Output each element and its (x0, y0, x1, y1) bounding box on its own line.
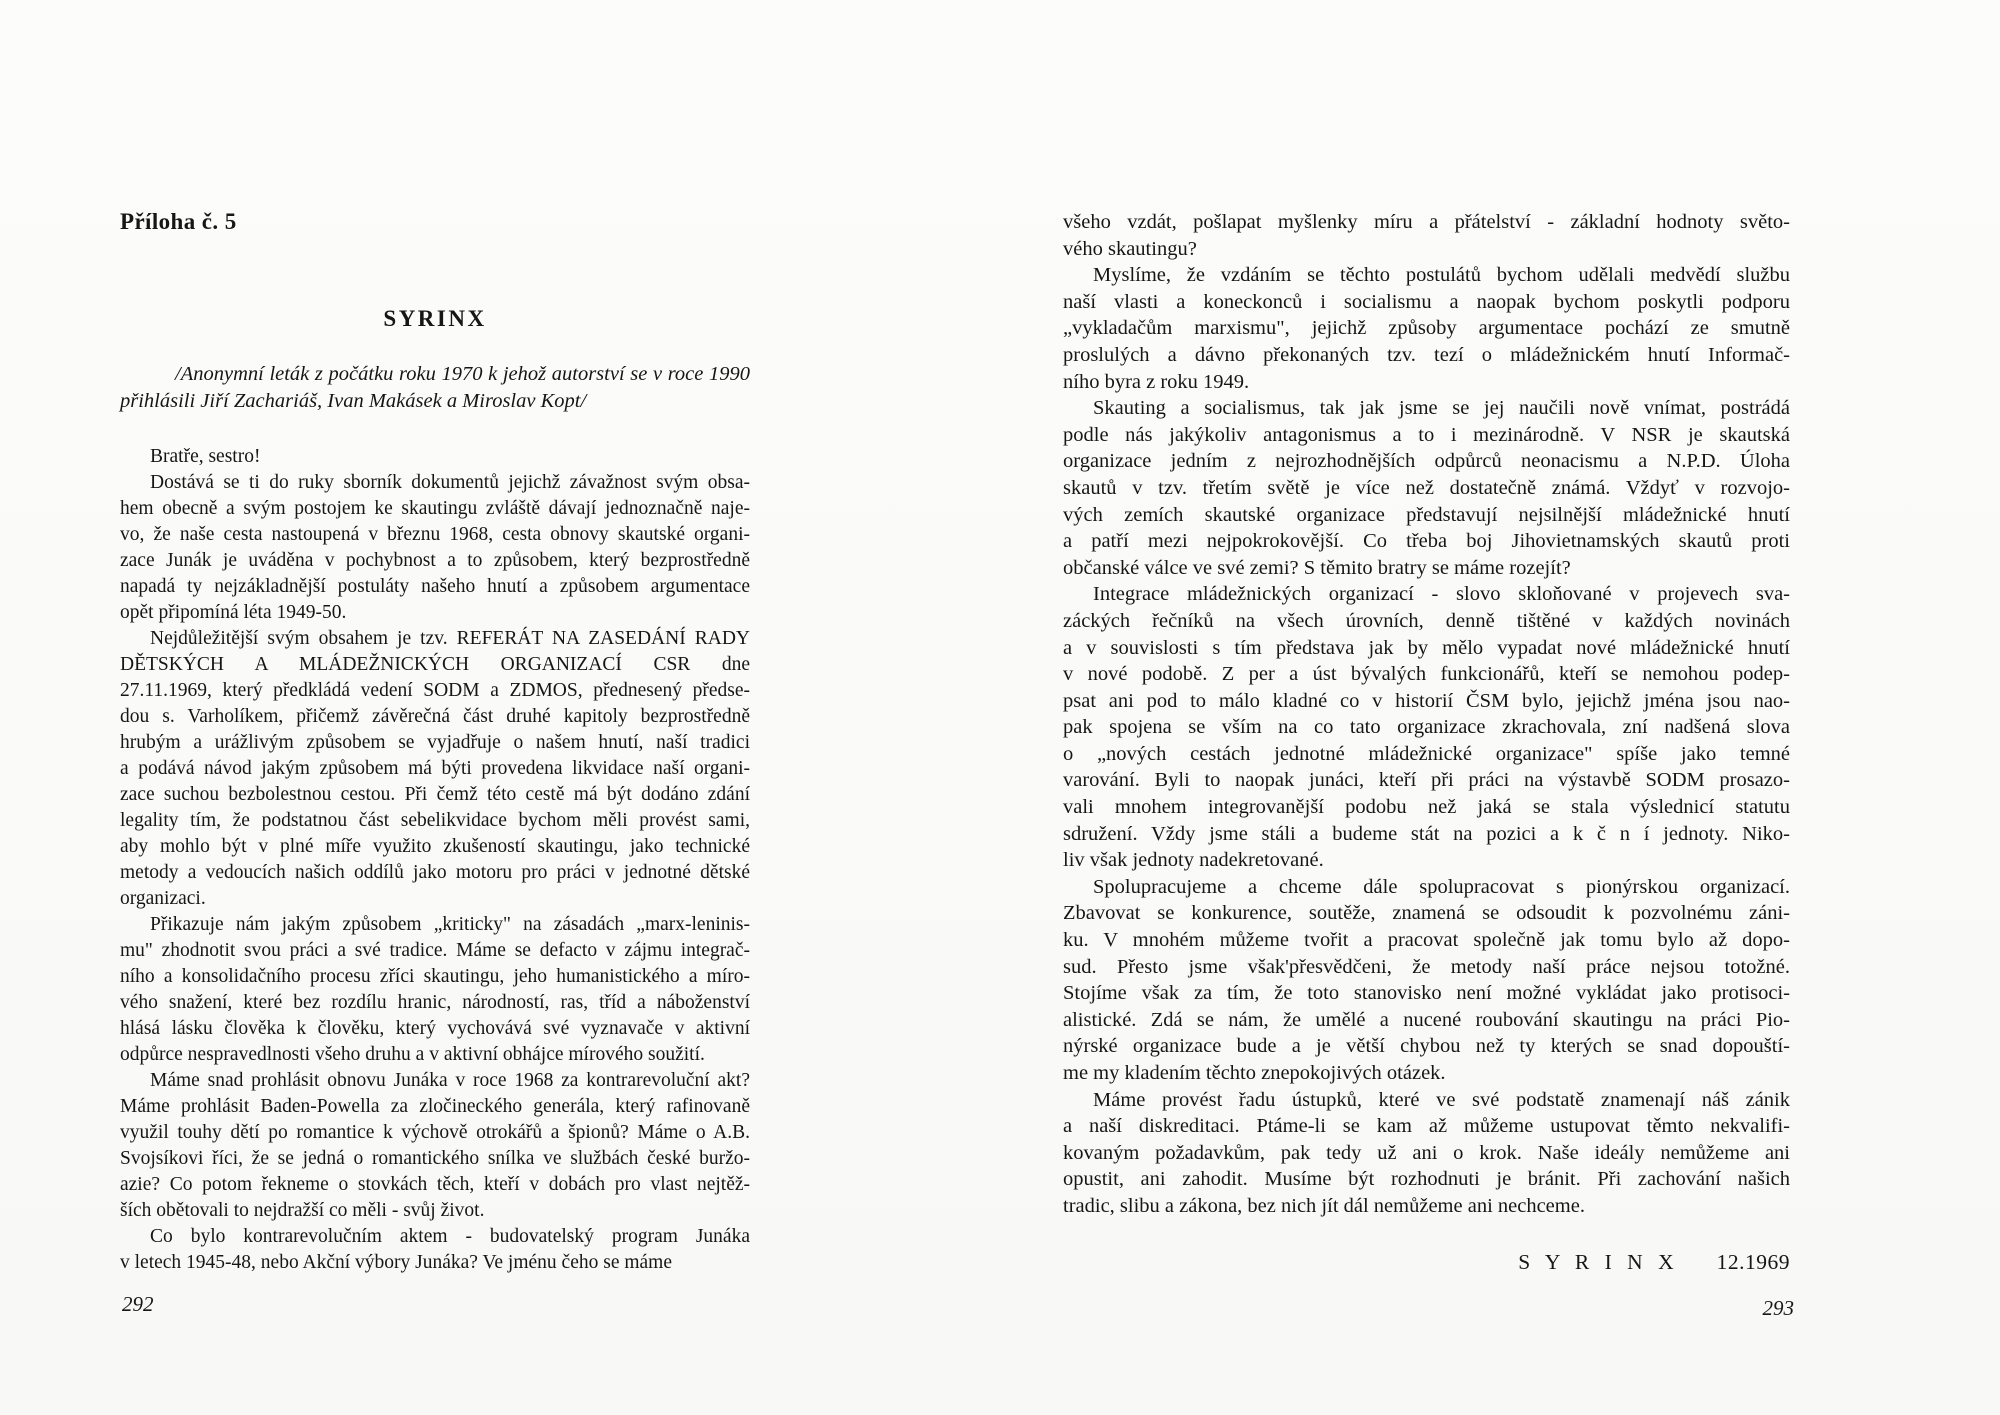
text-line: pak spojena se vším na co tato organizac… (1063, 714, 1790, 741)
text-line: azie? Co potom řekneme o stovkách těch, … (120, 1172, 750, 1198)
text-line: proslulých a dávno překonaných tzv. tezí… (1063, 342, 1790, 369)
page-number-right: 293 (1063, 1296, 1794, 1321)
text-line: mu" zhodnotit svou práci a své tradice. … (120, 938, 750, 964)
text-line: sdružení. Vždy jsme stáli a budeme stát … (1063, 821, 1790, 848)
paragraph: Máme snad prohlásit obnovu Junáka v roce… (120, 1068, 750, 1224)
text-line: napadá ty nejzákladnější postuláty našeh… (120, 574, 750, 600)
attachment-heading: Příloha č. 5 (120, 209, 237, 235)
text-line: a naší diskreditaci. Ptáme-li se kam až … (1063, 1113, 1790, 1140)
paragraph: Co bylo kontrarevolučním aktem - budovat… (120, 1224, 750, 1276)
text-line: organizace jedním z nejrozhodnějších odp… (1063, 448, 1790, 475)
text-line: dou s. Varholíkem, přičemž závěrečná čás… (120, 704, 750, 730)
text-line: alistické. Zdá se nám, že umělé a nucené… (1063, 1007, 1790, 1034)
paragraph: Spolupracujeme a chceme dále spolupracov… (1063, 874, 1790, 1087)
left-page: Příloha č. 5 SYRINX /Anonymní leták z po… (120, 0, 750, 1415)
text-line: sud. Přesto jsme však'přesvědčeni, že me… (1063, 954, 1790, 981)
text-line: Máme provést řadu ústupků, které ve své … (1063, 1087, 1790, 1114)
text-line: Přikazuje nám jakým způsobem „kriticky" … (120, 912, 750, 938)
text-line: v nové podobě. Z per a úst bývalých funk… (1063, 661, 1790, 688)
text-line: a patří mezi nejpokrokovější. Co třeba b… (1063, 528, 1790, 555)
text-line: ního byra z roku 1949. (1063, 369, 1790, 396)
text-line: Máme snad prohlásit obnovu Junáka v roce… (120, 1068, 750, 1094)
text-line: Myslíme, že vzdáním se těchto postulátů … (1063, 262, 1790, 289)
text-line: Dostává se ti do ruky sborník dokumentů … (120, 470, 750, 496)
right-page-paragraphs: všeho vzdát, pošlapat myšlenky míru a př… (1063, 209, 1790, 1220)
text-line: skautů v tzv. třetím světě je více než d… (1063, 475, 1790, 502)
text-line: vo, že naše cesta nastoupená v březnu 19… (120, 522, 750, 548)
scanned-book-spread: Příloha č. 5 SYRINX /Anonymní leták z po… (0, 0, 2000, 1415)
paragraph: Skauting a socialismus, tak jak jsme se … (1063, 395, 1790, 581)
text-line: /Anonymní leták z počátku roku 1970 k je… (120, 361, 750, 388)
paragraph: Myslíme, že vzdáním se těchto postulátů … (1063, 262, 1790, 395)
text-line: využil touhy dětí po romantice k výchově… (120, 1120, 750, 1146)
right-page: všeho vzdát, pošlapat myšlenky míru a př… (1063, 0, 1790, 1415)
text-line: Co bylo kontrarevolučním aktem - budovat… (120, 1224, 750, 1250)
text-line: občanské válce ve své zemi? S těmito bra… (1063, 555, 1790, 582)
text-line: podle nás jakýkoliv antagonismus a to i … (1063, 422, 1790, 449)
paragraph: Dostává se ti do ruky sborník dokumentů … (120, 470, 750, 626)
text-line: záckých řečníků na všech úrovních, denně… (1063, 608, 1790, 635)
paragraph: Bratře, sestro! (120, 444, 750, 470)
text-line: psat ani pod to málo kladné co v histori… (1063, 688, 1790, 715)
text-line: tradic, slibu a zákona, bez nich jít dál… (1063, 1193, 1790, 1220)
document-title: SYRINX (120, 306, 750, 332)
signature-date: 12.1969 (1717, 1250, 1790, 1274)
text-line: varování. Byli to naopak junáci, kteří p… (1063, 767, 1790, 794)
text-line: Stojíme však za tím, že toto stanovisko … (1063, 980, 1790, 1007)
text-line: odpůrce nespravedlnosti všeho druhu a v … (120, 1042, 750, 1068)
paragraph: Integrace mládežnických organizací - slo… (1063, 581, 1790, 874)
text-line: hem obecně a svým postojem ke skautingu … (120, 496, 750, 522)
text-line: Zbavovat se konkurence, soutěže, znamená… (1063, 900, 1790, 927)
text-line: liv však jednoty nadekretované. (1063, 847, 1790, 874)
text-line: metody a vedoucích našich oddílů jako mo… (120, 860, 750, 886)
text-line: vého skautingu? (1063, 236, 1790, 263)
text-line: Máme prohlásit Baden-Powella za zločinec… (120, 1094, 750, 1120)
signature-row: S Y R I N X12.1969 (1063, 1249, 1790, 1276)
text-line: „vykladačům marxismu", jejichž způsoby a… (1063, 315, 1790, 342)
text-line: DĚTSKÝCH A MLÁDEŽNICKÝCH ORGANIZACÍ CSR … (120, 652, 750, 678)
text-line: vého snažení, které bez rozdílu hranic, … (120, 990, 750, 1016)
text-line: o „nových cestách jednotné mládežnické o… (1063, 741, 1790, 768)
right-page-body-text: všeho vzdát, pošlapat myšlenky míru a př… (1063, 209, 1790, 1275)
text-line: hlásá lásku člověka k člověku, který vyc… (120, 1016, 750, 1042)
text-line: ších obětovali to nejdražší co měli - sv… (120, 1198, 750, 1224)
text-line: vých zemích skautské organizace představ… (1063, 502, 1790, 529)
text-line: zace Junák je uváděna v pochybnost a to … (120, 548, 750, 574)
left-page-body-text: Bratře, sestro!Dostává se ti do ruky sbo… (120, 444, 750, 1276)
paragraph: všeho vzdát, pošlapat myšlenky míru a př… (1063, 209, 1790, 262)
text-line: opustit, ani zahodit. Musíme být rozhodn… (1063, 1166, 1790, 1193)
text-line: legality tím, že podstatnou část sebelik… (120, 808, 750, 834)
text-line: nýrské organizace bude a je větší chybou… (1063, 1033, 1790, 1060)
text-line: Svojsíkovi říci, že se jedná o romantick… (120, 1146, 750, 1172)
text-line: ního a konsolidačního procesu zříci skau… (120, 964, 750, 990)
text-line: organizaci. (120, 886, 750, 912)
text-line: zace suchou bezbolestnou cestou. Při čem… (120, 782, 750, 808)
text-line: Spolupracujeme a chceme dále spolupracov… (1063, 874, 1790, 901)
text-line: aby mohlo být v plné míře využito zkušen… (120, 834, 750, 860)
text-line: opět připomíná léta 1949-50. (120, 600, 750, 626)
paragraph: /Anonymní leták z počátku roku 1970 k je… (120, 361, 750, 415)
text-line: me my kladením těchto znepokojivých otáz… (1063, 1060, 1790, 1087)
text-line: Nejdůležitější svým obsahem je tzv. REFE… (120, 626, 750, 652)
paragraph: Přikazuje nám jakým způsobem „kriticky" … (120, 912, 750, 1068)
text-line: v letech 1945-48, nebo Akční výbory Juná… (120, 1250, 750, 1276)
text-line: kovaným požadavkům, pak tedy už ani o kr… (1063, 1140, 1790, 1167)
text-line: 27.11.1969, který předkládá vedení SODM … (120, 678, 750, 704)
text-line: Bratře, sestro! (120, 444, 750, 470)
text-line: Integrace mládežnických organizací - slo… (1063, 581, 1790, 608)
text-line: vali mnohem integrovanější podobu než ja… (1063, 794, 1790, 821)
text-line: naší vlasti a koneckonců i socialismu a … (1063, 289, 1790, 316)
editorial-note: /Anonymní leták z počátku roku 1970 k je… (120, 361, 750, 415)
text-line: přihlásili Jiří Zachariáš, Ivan Makásek … (120, 388, 750, 415)
text-line: všeho vzdát, pošlapat myšlenky míru a př… (1063, 209, 1790, 236)
paragraph: Nejdůležitější svým obsahem je tzv. REFE… (120, 626, 750, 912)
text-line: ku. V mnohém můžeme tvořit a pracovat sp… (1063, 927, 1790, 954)
text-line: a v souvislosti s tím představa jak by m… (1063, 635, 1790, 662)
paragraph: Máme provést řadu ústupků, které ve své … (1063, 1087, 1790, 1220)
page-number-left: 292 (122, 1292, 154, 1317)
text-line: a podává návod jakým způsobem má býti pr… (120, 756, 750, 782)
signature-name: S Y R I N X (1518, 1250, 1678, 1274)
text-line: hrubým a urážlivým způsobem se vyjadřuje… (120, 730, 750, 756)
text-line: Skauting a socialismus, tak jak jsme se … (1063, 395, 1790, 422)
